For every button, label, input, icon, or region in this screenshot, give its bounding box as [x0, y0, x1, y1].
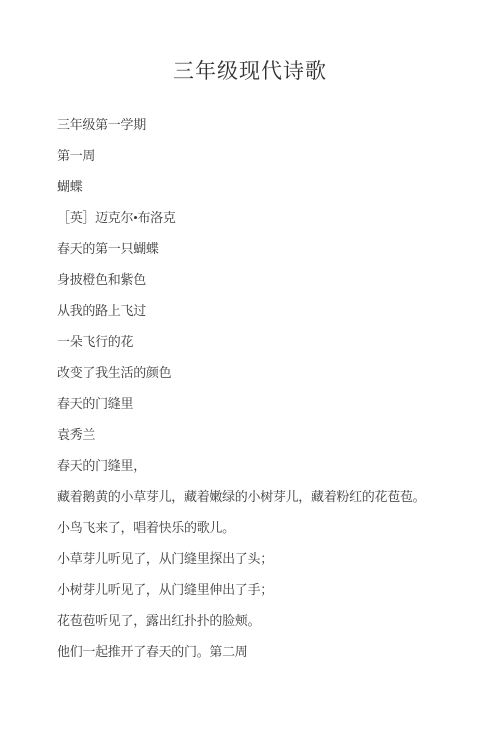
poem-line: 花苞苞听见了，露出红扑扑的脸颊。 [57, 605, 470, 636]
poem-line: 改变了我生活的颜色 [57, 357, 470, 388]
poem-line: 小树芽儿听见了，从门缝里伸出了手； [57, 574, 470, 605]
poem-line: 藏着鹅黄的小草芽儿，藏着嫩绿的小树芽儿，藏着粉红的花苞苞。 [57, 481, 470, 512]
poem-line: 一朵飞行的花 [57, 326, 470, 357]
poem-line: 小草芽儿听见了，从门缝里探出了头； [57, 543, 470, 574]
poem-title: 蝴蝶 [57, 171, 470, 202]
poem-line: 春天的门缝里， [57, 450, 470, 481]
poem-title: 春天的门缝里 [57, 388, 470, 419]
poem-line: 他们一起推开了春天的门。第二周 [57, 636, 470, 667]
poem-author: ［英］迈克尔•布洛克 [57, 202, 470, 233]
document-title: 三年级现代诗歌 [0, 58, 500, 85]
semester-heading: 三年级第一学期 [57, 109, 470, 140]
poem-line: 春天的第一只蝴蝶 [57, 233, 470, 264]
week-heading: 第一周 [57, 140, 470, 171]
document-page: 三年级现代诗歌 三年级第一学期 第一周 蝴蝶 ［英］迈克尔•布洛克 春天的第一只… [0, 0, 500, 738]
poem-line: 从我的路上飞过 [57, 295, 470, 326]
poem-line: 小鸟飞来了，唱着快乐的歌儿。 [57, 512, 470, 543]
document-body: 三年级第一学期 第一周 蝴蝶 ［英］迈克尔•布洛克 春天的第一只蝴蝶 身披橙色和… [57, 109, 470, 667]
poem-line: 身披橙色和紫色 [57, 264, 470, 295]
poem-author: 袁秀兰 [57, 419, 470, 450]
